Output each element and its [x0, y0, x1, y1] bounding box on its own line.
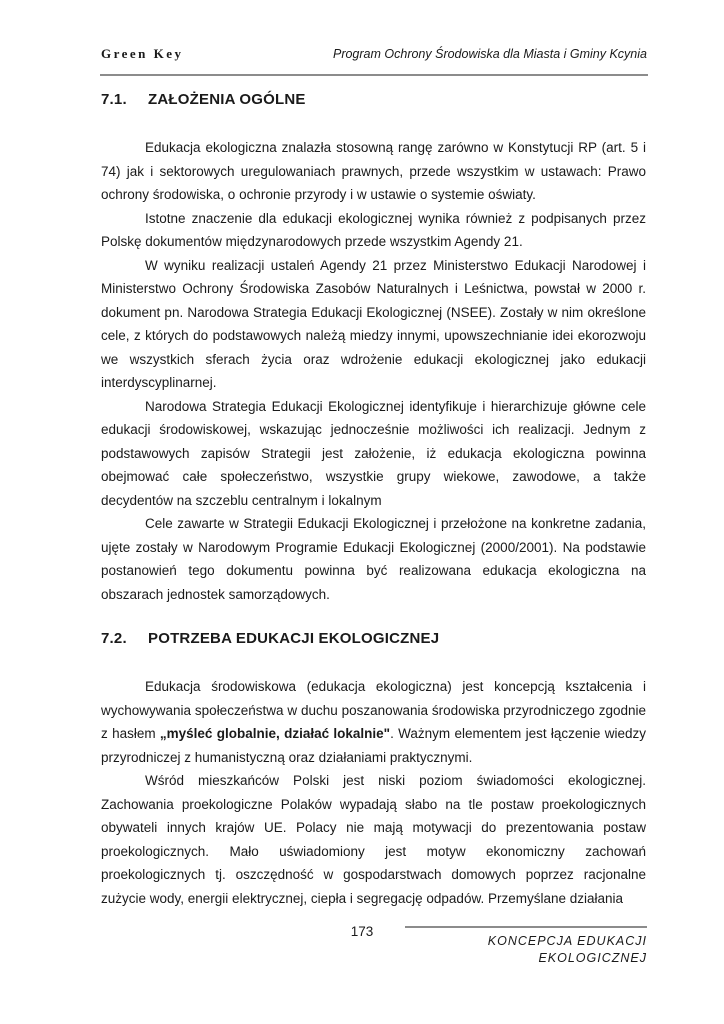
footer-section-label: KONCEPCJA EDUKACJIEKOLOGICZNEJ: [405, 933, 647, 967]
document-title: Program Ochrony Środowiska dla Miasta i …: [333, 47, 647, 61]
section-title: ZAŁOŻENIA OGÓLNE: [148, 91, 306, 109]
paragraph: W wyniku realizacji ustaleń Agendy 21 pr…: [101, 254, 646, 395]
paragraph: Edukacja środowiskowa (edukacja ekologic…: [101, 675, 646, 769]
section-title: POTRZEBA EDUKACJI EKOLOGICZNEJ: [148, 630, 439, 648]
section-number: 7.2.: [101, 630, 148, 648]
page-header: Green Key Program Ochrony Środowiska dla…: [101, 46, 647, 62]
paragraph: Cele zawarte w Strategii Edukacji Ekolog…: [101, 512, 646, 606]
footer-label-line: EKOLOGICZNEJ: [405, 950, 647, 967]
paragraph: Edukacja ekologiczna znalazła stosowną r…: [101, 136, 646, 207]
footer-label-line: KONCEPCJA EDUKACJI: [405, 933, 647, 950]
section-7-1: 7.1. ZAŁOŻENIA OGÓLNE Edukacja ekologicz…: [101, 91, 646, 606]
section-paragraphs: Edukacja ekologiczna znalazła stosowną r…: [101, 136, 646, 606]
section-heading-7-2: 7.2. POTRZEBA EDUKACJI EKOLOGICZNEJ: [101, 630, 646, 648]
section-paragraphs: Edukacja środowiskowa (edukacja ekologic…: [101, 675, 646, 910]
section-heading-7-1: 7.1. ZAŁOŻENIA OGÓLNE: [101, 91, 646, 109]
brand-logo-text: Green Key: [101, 46, 184, 62]
document-body: 7.1. ZAŁOŻENIA OGÓLNE Edukacja ekologicz…: [101, 91, 646, 910]
header-divider: [100, 74, 648, 76]
paragraph: Narodowa Strategia Edukacji Ekologicznej…: [101, 395, 646, 513]
document-page: Green Key Program Ochrony Środowiska dla…: [0, 0, 724, 1024]
footer-divider: [405, 926, 647, 928]
footer-section-label-block: KONCEPCJA EDUKACJIEKOLOGICZNEJ: [405, 926, 647, 967]
section-7-2: 7.2. POTRZEBA EDUKACJI EKOLOGICZNEJ Eduk…: [101, 630, 646, 910]
paragraph: Istotne znaczenie dla edukacji ekologicz…: [101, 207, 646, 254]
paragraph: Wśród mieszkańców Polski jest niski pozi…: [101, 769, 646, 910]
section-number: 7.1.: [101, 91, 148, 109]
